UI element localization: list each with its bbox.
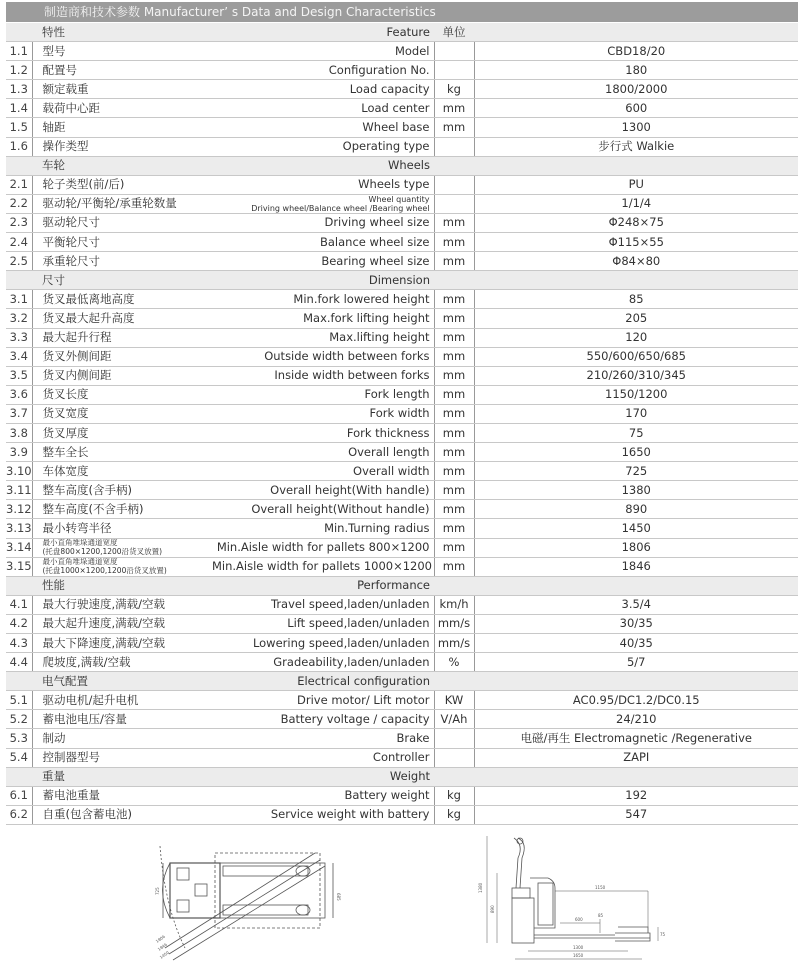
side-view-label: 600 (575, 917, 583, 922)
table-row: 2.5承重轮尺寸Bearing wheel sizemmΦ84×80 (6, 252, 798, 271)
feature-cn: 载荷中心距 (32, 99, 212, 118)
feature-en: Wheels type (212, 175, 434, 194)
value-cell: 1300 (474, 118, 798, 137)
unit-cell: mm (434, 404, 474, 423)
feature-cn: 整车高度(含手柄) (32, 481, 212, 500)
table-row: 4.2最大起升速度,满载/空载Lift speed,laden/unladenm… (6, 614, 798, 633)
feature-cn: 最大行驶速度,满载/空载 (32, 595, 212, 614)
row-number (6, 271, 32, 290)
row-number: 4.4 (6, 653, 32, 672)
table-row: 5.1驱动电机/起升电机Drive motor/ Lift motorKWAC0… (6, 691, 798, 710)
value-cell: 1650 (474, 443, 798, 462)
feature-en: Min.Aisle width for pallets 800×1200 (212, 538, 434, 557)
row-number: 2.2 (6, 194, 32, 213)
section-title-cn: 重量 (32, 767, 212, 786)
row-number (6, 23, 32, 42)
feature-cn-line2: (托盘800×1200,1200沿货叉放置) (43, 547, 163, 556)
value-cell: 3.5/4 (474, 595, 798, 614)
row-number: 5.1 (6, 691, 32, 710)
feature-en: Min.fork lowered height (212, 290, 434, 309)
unit-cell: mm (434, 538, 474, 557)
value-cell: Φ84×80 (474, 252, 798, 271)
table-row: 3.9整车全长Overall lengthmm1650 (6, 443, 798, 462)
feature-cn: 配置号 (32, 61, 212, 80)
table-row: 5.2蓄电池电压/容量Battery voltage / capacityV/A… (6, 710, 798, 729)
value-cell: 1150/1200 (474, 385, 798, 404)
feature-cn: 操作类型 (32, 137, 212, 156)
feature-cn: 整车高度(不含手柄) (32, 500, 212, 519)
value-cell: 205 (474, 309, 798, 328)
table-row: 1.3额定载重Load capacitykg1800/2000 (6, 80, 798, 99)
unit-cell (434, 137, 474, 156)
feature-cn: 最大下降速度,满载/空载 (32, 634, 212, 653)
feature-en: Configuration No. (212, 61, 434, 80)
row-number: 2.3 (6, 213, 32, 232)
row-number: 4.3 (6, 634, 32, 653)
feature-en: Min.Aisle width for pallets 1000×1200 (212, 557, 434, 576)
feature-en: Overall length (212, 443, 434, 462)
value-cell (474, 672, 798, 691)
feature-cn: 货叉最大起升高度 (32, 309, 212, 328)
unit-cell: mm (434, 443, 474, 462)
value-cell (474, 576, 798, 595)
feature-en: Overall height(With handle) (212, 481, 434, 500)
row-number: 1.3 (6, 80, 32, 99)
value-cell: 725 (474, 462, 798, 481)
unit-cell: mm (434, 213, 474, 232)
row-number: 3.10 (6, 462, 32, 481)
table-row: 3.3最大起升行程Max.lifting heightmm120 (6, 328, 798, 347)
row-number: 1.5 (6, 118, 32, 137)
value-cell (474, 271, 798, 290)
feature-cn: 最大起升行程 (32, 328, 212, 347)
unit-cell (434, 42, 474, 61)
feature-cn: 驱动轮尺寸 (32, 213, 212, 232)
table-row: 1.6操作类型Operating type步行式 Walkie (6, 137, 798, 156)
feature-en-header: Feature (212, 23, 434, 42)
row-number: 2.4 (6, 233, 32, 252)
table-row: 3.13最小转弯半径Min.Turning radiusmm1450 (6, 519, 798, 538)
value-cell: 180 (474, 61, 798, 80)
unit-cell: kg (434, 80, 474, 99)
row-number: 5.2 (6, 710, 32, 729)
section-header-row: 电气配置Electrical configuration (6, 672, 798, 691)
row-number: 4.2 (6, 614, 32, 633)
table-row: 5.3制动Brake电磁/再生 Electromagnetic /Regener… (6, 729, 798, 748)
value-cell: 192 (474, 786, 798, 805)
feature-en: Lift speed,laden/unladen (212, 614, 434, 633)
feature-en: Controller (212, 748, 434, 767)
unit-cell: kg (434, 786, 474, 805)
table-row: 2.4平衡轮尺寸Balance wheel sizemmΦ115×55 (6, 233, 798, 252)
feature-en-line1: Wheel quantity (369, 195, 430, 204)
feature-cn: 最大起升速度,满载/空载 (32, 614, 212, 633)
header-row: 特性 Feature 单位 (6, 23, 798, 42)
row-number: 6.1 (6, 786, 32, 805)
table-row: 3.12整车高度(不含手柄)Overall height(Without han… (6, 500, 798, 519)
feature-en: Wheel base (212, 118, 434, 137)
section-title-en: Electrical configuration (212, 672, 434, 691)
feature-en: Balance wheel size (212, 233, 434, 252)
unit-cell: mm (434, 252, 474, 271)
feature-en: Gradeability,laden/unladen (212, 653, 434, 672)
section-title-en: Dimension (212, 271, 434, 290)
row-number: 1.2 (6, 61, 32, 80)
feature-en: Load capacity (212, 80, 434, 99)
value-cell: 170 (474, 404, 798, 423)
top-view-label: 725 (155, 887, 160, 895)
row-number: 3.7 (6, 404, 32, 423)
value-header (474, 23, 798, 42)
unit-header: 单位 (434, 23, 474, 42)
feature-cn: 货叉最低离地高度 (32, 290, 212, 309)
row-number: 1.4 (6, 99, 32, 118)
feature-en: Load center (212, 99, 434, 118)
value-cell: AC0.95/DC1.2/DC0.15 (474, 691, 798, 710)
row-number: 3.12 (6, 500, 32, 519)
side-view-label: 1380 (478, 882, 483, 893)
row-number: 5.4 (6, 748, 32, 767)
unit-cell: mm (434, 366, 474, 385)
value-cell: 890 (474, 500, 798, 519)
side-view-label: 85 (598, 913, 604, 918)
table-row: 3.14最小直角堆垛通道宽度(托盘800×1200,1200沿货叉放置)Min.… (6, 538, 798, 557)
value-cell: Φ115×55 (474, 233, 798, 252)
value-cell: 电磁/再生 Electromagnetic /Regenerative (474, 729, 798, 748)
unit-cell: mm (434, 233, 474, 252)
table-row: 3.8货叉厚度Fork thicknessmm75 (6, 423, 798, 442)
unit-cell: mm (434, 462, 474, 481)
unit-cell (434, 175, 474, 194)
value-cell: 120 (474, 328, 798, 347)
feature-en: Outside width between forks (212, 347, 434, 366)
table-row: 3.11整车高度(含手柄)Overall height(With handle)… (6, 481, 798, 500)
side-view-label: 1300 (573, 945, 584, 950)
feature-cn: 蓄电池电压/容量 (32, 710, 212, 729)
value-cell: 步行式 Walkie (474, 137, 798, 156)
unit-cell: KW (434, 691, 474, 710)
feature-en: Fork length (212, 385, 434, 404)
unit-cell: mm (434, 557, 474, 576)
feature-en-line2: Driving wheel/Balance wheel /Bearing whe… (251, 204, 429, 213)
row-number: 1.6 (6, 137, 32, 156)
top-view-drawing: 725 685 1806 1846 1450 (155, 838, 345, 963)
unit-cell: mm (434, 290, 474, 309)
feature-cn-line2: (托盘1000×1200,1200沿货叉放置) (43, 566, 167, 575)
row-number: 3.11 (6, 481, 32, 500)
table-row: 5.4控制器型号ControllerZAPI (6, 748, 798, 767)
feature-en: Brake (212, 729, 434, 748)
section-header-row: 性能Performance (6, 576, 798, 595)
value-cell: 547 (474, 805, 798, 824)
row-number: 3.3 (6, 328, 32, 347)
row-number: 2.1 (6, 175, 32, 194)
row-number: 3.6 (6, 385, 32, 404)
feature-cn: 车体宽度 (32, 462, 212, 481)
table-row: 2.2驱动轮/平衡轮/承重轮数量Wheel quantityDriving wh… (6, 194, 798, 213)
feature-en: Service weight with battery (212, 805, 434, 824)
row-number: 3.4 (6, 347, 32, 366)
unit-cell (434, 61, 474, 80)
row-number: 2.5 (6, 252, 32, 271)
unit-cell (434, 156, 474, 175)
unit-cell (434, 729, 474, 748)
section-title-cn: 尺寸 (32, 271, 212, 290)
value-cell: CBD18/20 (474, 42, 798, 61)
feature-cn: 货叉内侧间距 (32, 366, 212, 385)
value-cell: 1/1/4 (474, 194, 798, 213)
feature-cn: 额定载重 (32, 80, 212, 99)
feature-en: Bearing wheel size (212, 252, 434, 271)
unit-cell: mm (434, 500, 474, 519)
unit-cell (434, 576, 474, 595)
unit-cell: mm (434, 309, 474, 328)
value-cell (474, 767, 798, 786)
table-row: 6.2自重(包含蓄电池)Service weight with batteryk… (6, 805, 798, 824)
section-title-cn: 性能 (32, 576, 212, 595)
unit-cell: mm (434, 481, 474, 500)
value-cell: Φ248×75 (474, 213, 798, 232)
unit-cell: mm/s (434, 614, 474, 633)
row-number: 4.1 (6, 595, 32, 614)
feature-cn: 最小直角堆垛通道宽度(托盘1000×1200,1200沿货叉放置) (32, 557, 212, 576)
feature-cn: 制动 (32, 729, 212, 748)
table-row: 1.4载荷中心距Load centermm600 (6, 99, 798, 118)
row-number: 3.1 (6, 290, 32, 309)
value-cell: 600 (474, 99, 798, 118)
section-title-en: Weight (212, 767, 434, 786)
feature-en: Operating type (212, 137, 434, 156)
value-cell: 550/600/650/685 (474, 347, 798, 366)
section-header-row: 车轮Wheels (6, 156, 798, 175)
feature-cn: 最小直角堆垛通道宽度(托盘800×1200,1200沿货叉放置) (32, 538, 212, 557)
section-title-cn: 车轮 (32, 156, 212, 175)
table-row: 2.3驱动轮尺寸Driving wheel sizemmΦ248×75 (6, 213, 798, 232)
table-row: 4.3最大下降速度,满载/空载Lowering speed,laden/unla… (6, 634, 798, 653)
side-view-label: 890 (490, 905, 495, 913)
table-row: 3.2货叉最大起升高度Max.fork lifting heightmm205 (6, 309, 798, 328)
side-view-label: 75 (660, 932, 666, 937)
feature-cn: 货叉厚度 (32, 423, 212, 442)
feature-cn: 自重(包含蓄电池) (32, 805, 212, 824)
feature-en: Lowering speed,laden/unladen (212, 634, 434, 653)
table-row: 2.1轮子类型(前/后)Wheels typePU (6, 175, 798, 194)
value-cell: 1806 (474, 538, 798, 557)
section-header-row: 尺寸Dimension (6, 271, 798, 290)
row-number: 3.8 (6, 423, 32, 442)
table-row: 3.6货叉长度Fork lengthmm1150/1200 (6, 385, 798, 404)
feature-cn: 轮子类型(前/后) (32, 175, 212, 194)
table-row: 1.5轴距Wheel basemm1300 (6, 118, 798, 137)
spec-title-bar: 制造商和技术参数 Manufacturer’ s Data and Design… (6, 2, 798, 22)
unit-cell: kg (434, 805, 474, 824)
table-row: 1.1型号ModelCBD18/20 (6, 42, 798, 61)
feature-cn: 最小转弯半径 (32, 519, 212, 538)
feature-en: Overall width (212, 462, 434, 481)
unit-cell (434, 672, 474, 691)
feature-cn: 平衡轮尺寸 (32, 233, 212, 252)
feature-en: Overall height(Without handle) (212, 500, 434, 519)
feature-en: Drive motor/ Lift motor (212, 691, 434, 710)
feature-en: Fork width (212, 404, 434, 423)
row-number (6, 576, 32, 595)
feature-cn-header: 特性 (32, 23, 212, 42)
row-number (6, 767, 32, 786)
value-cell: PU (474, 175, 798, 194)
feature-en: Min.Turning radius (212, 519, 434, 538)
feature-en: Driving wheel size (212, 213, 434, 232)
table-row: 4.1最大行驶速度,满载/空载Travel speed,laden/unlade… (6, 595, 798, 614)
value-cell: 1380 (474, 481, 798, 500)
row-number (6, 672, 32, 691)
unit-cell (434, 271, 474, 290)
table-row: 3.7货叉宽度Fork widthmm170 (6, 404, 798, 423)
unit-cell: mm/s (434, 634, 474, 653)
section-title-cn: 电气配置 (32, 672, 212, 691)
value-cell: 85 (474, 290, 798, 309)
feature-en: Max.fork lifting height (212, 309, 434, 328)
feature-cn: 蓄电池重量 (32, 786, 212, 805)
feature-cn: 控制器型号 (32, 748, 212, 767)
value-cell: 75 (474, 423, 798, 442)
unit-cell (434, 194, 474, 213)
unit-cell (434, 748, 474, 767)
unit-cell: mm (434, 423, 474, 442)
row-number: 5.3 (6, 729, 32, 748)
value-cell: 24/210 (474, 710, 798, 729)
feature-en: Inside width between forks (212, 366, 434, 385)
value-cell: ZAPI (474, 748, 798, 767)
feature-cn: 货叉外侧间距 (32, 347, 212, 366)
unit-cell (434, 767, 474, 786)
feature-cn: 驱动轮/平衡轮/承重轮数量 (32, 194, 212, 213)
unit-cell: mm (434, 519, 474, 538)
table-row: 3.5货叉内侧间距Inside width between forksmm210… (6, 366, 798, 385)
value-cell: 1800/2000 (474, 80, 798, 99)
unit-cell: mm (434, 99, 474, 118)
side-view-drawing: 1380 890 1150 600 85 1300 1650 75 (470, 833, 700, 963)
feature-cn-two-line: 最小直角堆垛通道宽度(托盘1000×1200,1200沿货叉放置) (43, 558, 167, 575)
value-cell: 5/7 (474, 653, 798, 672)
feature-cn: 驱动电机/起升电机 (32, 691, 212, 710)
feature-cn: 型号 (32, 42, 212, 61)
row-number (6, 156, 32, 175)
unit-cell: V/Ah (434, 710, 474, 729)
table-row: 3.10车体宽度Overall widthmm725 (6, 462, 798, 481)
table-row: 3.15最小直角堆垛通道宽度(托盘1000×1200,1200沿货叉放置)Min… (6, 557, 798, 576)
table-row: 6.1蓄电池重量Battery weightkg192 (6, 786, 798, 805)
value-cell (474, 156, 798, 175)
table-row: 3.4货叉外侧间距Outside width between forksmm55… (6, 347, 798, 366)
row-number: 3.14 (6, 538, 32, 557)
value-cell: 210/260/310/345 (474, 366, 798, 385)
feature-en: Battery weight (212, 786, 434, 805)
spec-table: 特性 Feature 单位 1.1型号ModelCBD18/201.2配置号Co… (6, 23, 798, 825)
feature-cn: 轴距 (32, 118, 212, 137)
value-cell: 40/35 (474, 634, 798, 653)
unit-cell: mm (434, 328, 474, 347)
table-row: 1.2配置号Configuration No.180 (6, 61, 798, 80)
side-view-label: 1650 (573, 953, 584, 958)
feature-en: Wheel quantityDriving wheel/Balance whee… (212, 194, 434, 213)
row-number: 6.2 (6, 805, 32, 824)
unit-cell: mm (434, 385, 474, 404)
feature-en-two-line: Wheel quantityDriving wheel/Balance whee… (251, 195, 429, 213)
table-row: 3.1货叉最低离地高度Min.fork lowered heightmm85 (6, 290, 798, 309)
row-number: 1.1 (6, 42, 32, 61)
unit-cell: km/h (434, 595, 474, 614)
section-header-row: 重量Weight (6, 767, 798, 786)
unit-cell: % (434, 653, 474, 672)
row-number: 3.9 (6, 443, 32, 462)
feature-cn: 承重轮尺寸 (32, 252, 212, 271)
top-view-label: 685 (336, 893, 341, 901)
unit-cell: mm (434, 118, 474, 137)
value-cell: 1846 (474, 557, 798, 576)
feature-en: Max.lifting height (212, 328, 434, 347)
side-view-label: 1150 (595, 885, 606, 890)
feature-cn: 整车全长 (32, 443, 212, 462)
table-row: 4.4爬坡度,满载/空载Gradeability,laden/unladen%5… (6, 653, 798, 672)
feature-en: Travel speed,laden/unladen (212, 595, 434, 614)
section-title-en: Wheels (212, 156, 434, 175)
section-title-en: Performance (212, 576, 434, 595)
feature-cn: 货叉长度 (32, 385, 212, 404)
feature-cn: 爬坡度,满载/空载 (32, 653, 212, 672)
feature-cn: 货叉宽度 (32, 404, 212, 423)
feature-en: Battery voltage / capacity (212, 710, 434, 729)
feature-cn-two-line: 最小直角堆垛通道宽度(托盘800×1200,1200沿货叉放置) (43, 539, 163, 556)
row-number: 3.5 (6, 366, 32, 385)
feature-en: Model (212, 42, 434, 61)
row-number: 3.2 (6, 309, 32, 328)
row-number: 3.13 (6, 519, 32, 538)
unit-cell: mm (434, 347, 474, 366)
value-cell: 30/35 (474, 614, 798, 633)
row-number: 3.15 (6, 557, 32, 576)
value-cell: 1450 (474, 519, 798, 538)
feature-en: Fork thickness (212, 423, 434, 442)
